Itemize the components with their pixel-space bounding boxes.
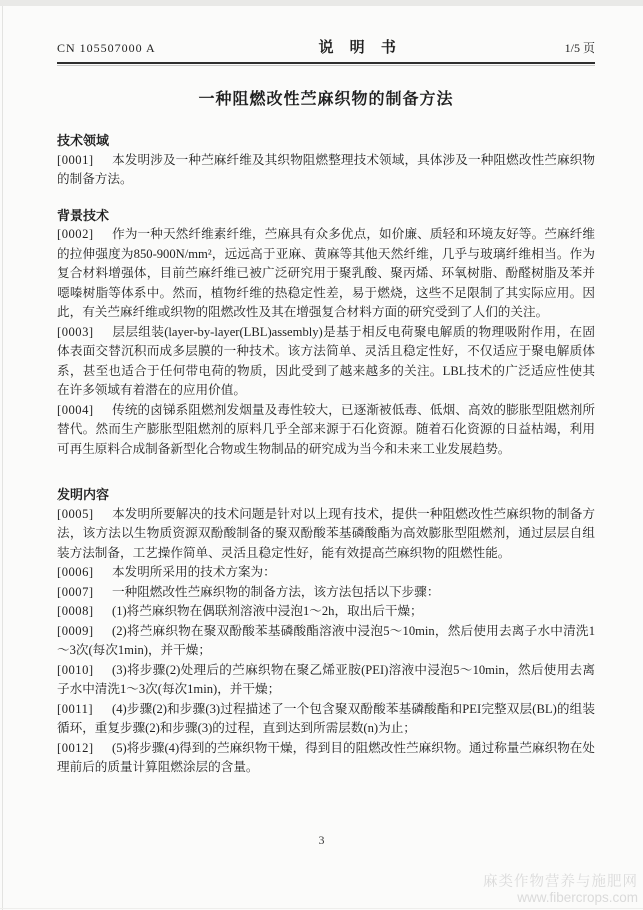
- paragraph-text: 层层组装(layer-by-layer(LBL)assembly)是基于相反电荷…: [57, 325, 595, 398]
- paragraph-number: [0011]: [57, 700, 97, 720]
- paragraph-text: (2)将苎麻织物在聚双酚酸苯基磷酸酯溶液中浸泡5～10min，然后使用去离子水中…: [57, 624, 595, 658]
- paragraph-number: [0009]: [57, 622, 97, 642]
- paragraph-text: 本发明所采用的技术方案为：: [112, 565, 276, 579]
- section-heading-background-art: 背景技术: [57, 206, 595, 226]
- section-background-art: 背景技术 [0002]作为一种天然纤维素纤维，苎麻具有众多优点，如价廉、质轻和环…: [57, 206, 595, 460]
- paragraph-text: (5)将步骤(4)得到的苎麻织物干燥，得到目的阻燃改性苎麻织物。通过称量苎麻织物…: [57, 741, 595, 775]
- paragraph-text: 一种阻燃改性苎麻织物的制备方法，该方法包括以下步骤：: [112, 585, 439, 599]
- paragraph-number: [0005]: [57, 505, 97, 525]
- paragraph-text: (3)将步骤(2)处理后的苎麻织物在聚乙烯亚胺(PEI)溶液中浸泡5～10min…: [57, 663, 595, 697]
- paragraph-number: [0004]: [57, 401, 97, 421]
- watermark: 麻类作物营养与施肥网 www.fibercrops.com: [483, 875, 638, 906]
- paragraph-number: [0006]: [57, 563, 97, 583]
- paragraph-text: 传统的卤锑系阻燃剂发烟量及毒性较大，已逐渐被低毒、低烟、高效的膨胀型阻燃剂所替代…: [57, 403, 595, 456]
- document-type-label: 说 明 书: [319, 36, 402, 57]
- paragraph-0002: [0002]作为一种天然纤维素纤维，苎麻具有众多优点，如价廉、质轻和环境友好等。…: [57, 225, 595, 323]
- paragraph-text: (4)步骤(2)和步骤(3)过程描述了一个包含聚双酚酸苯基磷酸酯和PEI完整双层…: [57, 702, 595, 736]
- paragraph-number: [0012]: [57, 739, 97, 759]
- page-header: CN 105507000 A 说 明 书 1/5 页: [57, 36, 595, 64]
- paragraph-0011: [0011](4)步骤(2)和步骤(3)过程描述了一个包含聚双酚酸苯基磷酸酯和P…: [57, 700, 595, 739]
- section-technical-field: 技术领域 [0001]本发明涉及一种苎麻纤维及其织物阻燃整理技术领域，具体涉及一…: [57, 131, 595, 190]
- watermark-url: www.fibercrops.com: [483, 891, 638, 906]
- document-title: 一种阻燃改性苎麻织物的制备方法: [57, 86, 595, 109]
- page-number: 3: [0, 833, 643, 848]
- paragraph-text: 本发明涉及一种苎麻纤维及其织物阻燃整理技术领域，具体涉及一种阻燃改性苎麻织物的制…: [57, 153, 595, 187]
- paragraph-number: [0001]: [57, 151, 97, 171]
- paragraph-0006: [0006]本发明所采用的技术方案为：: [57, 563, 595, 583]
- page-indicator: 1/5 页: [565, 39, 595, 56]
- paragraph-text: 作为一种天然纤维素纤维，苎麻具有众多优点，如价廉、质轻和环境友好等。苎麻纤维的拉…: [57, 227, 595, 319]
- paragraph-number: [0007]: [57, 583, 97, 603]
- scan-edge-bottom: [0, 908, 643, 909]
- paragraph-0008: [0008](1)将苎麻织物在偶联剂溶液中浸泡1～2h，取出后干燥；: [57, 602, 595, 622]
- paragraph-0001: [0001]本发明涉及一种苎麻纤维及其织物阻燃整理技术领域，具体涉及一种阻燃改性…: [57, 151, 595, 190]
- section-summary-of-invention: 发明内容 [0005]本发明所要解决的技术问题是针对以上现有技术，提供一种阻燃改…: [57, 485, 595, 778]
- section-heading-summary-of-invention: 发明内容: [57, 485, 595, 505]
- patent-page: CN 105507000 A 说 明 书 1/5 页 一种阻燃改性苎麻织物的制备…: [0, 0, 643, 778]
- paragraph-0005: [0005]本发明所要解决的技术问题是针对以上现有技术，提供一种阻燃改性苎麻织物…: [57, 505, 595, 564]
- paragraph-text: (1)将苎麻织物在偶联剂溶液中浸泡1～2h，取出后干燥；: [112, 604, 423, 618]
- paragraph-0012: [0012](5)将步骤(4)得到的苎麻织物干燥，得到目的阻燃改性苎麻织物。通过…: [57, 739, 595, 778]
- section-heading-technical-field: 技术领域: [57, 131, 595, 151]
- paragraph-number: [0003]: [57, 323, 97, 343]
- paragraph-0007: [0007]一种阻燃改性苎麻织物的制备方法，该方法包括以下步骤：: [57, 583, 595, 603]
- paragraph-text: 本发明所要解决的技术问题是针对以上现有技术，提供一种阻燃改性苎麻织物的制备方法，…: [57, 507, 595, 560]
- paragraph-0009: [0009](2)将苎麻织物在聚双酚酸苯基磷酸酯溶液中浸泡5～10min，然后使…: [57, 622, 595, 661]
- paragraph-0003: [0003]层层组装(layer-by-layer(LBL)assembly)是…: [57, 323, 595, 401]
- patent-number: CN 105507000 A: [57, 41, 156, 56]
- paragraph-number: [0010]: [57, 661, 97, 681]
- paragraph-number: [0002]: [57, 225, 97, 245]
- watermark-site-name: 麻类作物营养与施肥网: [483, 875, 638, 891]
- paragraph-0004: [0004]传统的卤锑系阻燃剂发烟量及毒性较大，已逐渐被低毒、低烟、高效的膨胀型…: [57, 401, 595, 460]
- paragraph-number: [0008]: [57, 602, 97, 622]
- paragraph-0010: [0010](3)将步骤(2)处理后的苎麻织物在聚乙烯亚胺(PEI)溶液中浸泡5…: [57, 661, 595, 700]
